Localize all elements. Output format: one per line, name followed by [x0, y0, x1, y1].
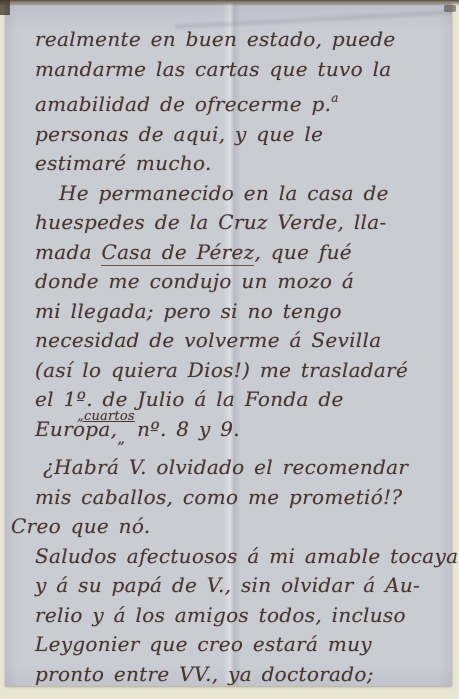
line-text: pronto entre VV., ya doctorado;	[35, 662, 374, 686]
line-text: relio y á los amigos todos, incluso	[35, 603, 406, 627]
line-text: ¿Habrá V. olvidado el recomendar	[43, 455, 408, 479]
line-text: necesidad de volverme á Sevilla	[35, 328, 381, 352]
line-text: y á su papá de V., sin olvidar á Au-	[35, 573, 420, 597]
line-text: mi llegada; pero si no tengo	[35, 299, 342, 323]
letter-line: relio y á los amigos todos, incluso	[35, 601, 446, 631]
interlinear-insertion: „cuartos	[77, 410, 135, 423]
letter-line: mada Casa de Pérez, que fué	[35, 238, 446, 268]
insertion-caret: „	[117, 429, 125, 447]
line-text: , que fué	[254, 240, 351, 264]
letter-line: Leygonier que creo estará muy	[35, 630, 446, 660]
letter-line: realmente en buen estado, puede	[35, 25, 446, 55]
underlined-phrase: Casa de Pérez	[101, 240, 254, 266]
scan-corner-mark	[0, 0, 10, 15]
line-text: (así lo quiera Dios!) me trasladaré	[35, 358, 408, 382]
line-text: Creo que nó.	[11, 514, 151, 538]
scanned-letter-image: realmente en buen estado, puede mandarme…	[0, 0, 459, 699]
letter-line: huespedes de la Cruz Verde, lla-	[35, 208, 446, 238]
line-text: donde me condujo un mozo á	[35, 269, 354, 293]
line-text: el 1º. de Julio á la Fonda de	[35, 387, 344, 411]
letter-line: Europa,„„cuartosnº. 8 y 9.	[35, 415, 446, 454]
letter-line: mandarme las cartas que tuvo la	[35, 55, 446, 85]
line-text: mada	[35, 240, 101, 264]
scan-corner-mark	[444, 5, 456, 12]
letter-line-paragraph-start: He permanecido en la casa de	[35, 179, 446, 209]
line-text: mis caballos, como me prometió!?	[35, 485, 402, 509]
letter-line: (así lo quiera Dios!) me trasladaré	[35, 356, 446, 386]
scan-top-edge	[0, 0, 459, 6]
line-text: amabilidad de ofrecerme p.	[35, 92, 331, 116]
line-text: Saludos afectuosos á mi amable tocaya	[35, 544, 458, 568]
line-text: He permanecido en la casa de	[59, 181, 389, 205]
letter-line: donde me condujo un mozo á	[35, 267, 446, 297]
letter-line: estimaré mucho.	[35, 149, 446, 179]
letter-line: y á su papá de V., sin olvidar á Au-	[35, 571, 446, 601]
line-text: nº. 8 y 9.	[137, 417, 240, 441]
letter-line: necesidad de volverme á Sevilla	[35, 326, 446, 356]
line-text: huespedes de la Cruz Verde, lla-	[35, 210, 387, 234]
line-text: mandarme las cartas que tuvo la	[35, 57, 392, 81]
letter-paper: realmente en buen estado, puede mandarme…	[5, 3, 452, 686]
line-text: Leygonier que creo estará muy	[35, 632, 372, 656]
letter-line-paragraph-start: ¿Habrá V. olvidado el recomendar	[35, 453, 446, 483]
letter-line-paragraph-start: Saludos afectuosos á mi amable tocaya	[35, 542, 446, 572]
handwritten-text-block: realmente en buen estado, puede mandarme…	[5, 3, 452, 686]
line-text: estimaré mucho.	[35, 151, 212, 175]
letter-line: amabilidad de ofrecerme p.a	[35, 84, 446, 120]
superscript-abbreviation: a	[331, 91, 338, 105]
line-text: personas de aqui, y que le	[35, 122, 323, 146]
letter-line: Creo que nó.	[11, 512, 446, 542]
letter-line: pronto entre VV., ya doctorado;	[35, 660, 446, 690]
letter-line: mi llegada; pero si no tengo	[35, 297, 446, 327]
letter-line: mis caballos, como me prometió!?	[35, 483, 446, 513]
letter-line: personas de aqui, y que le	[35, 120, 446, 150]
line-text: realmente en buen estado, puede	[35, 27, 396, 51]
